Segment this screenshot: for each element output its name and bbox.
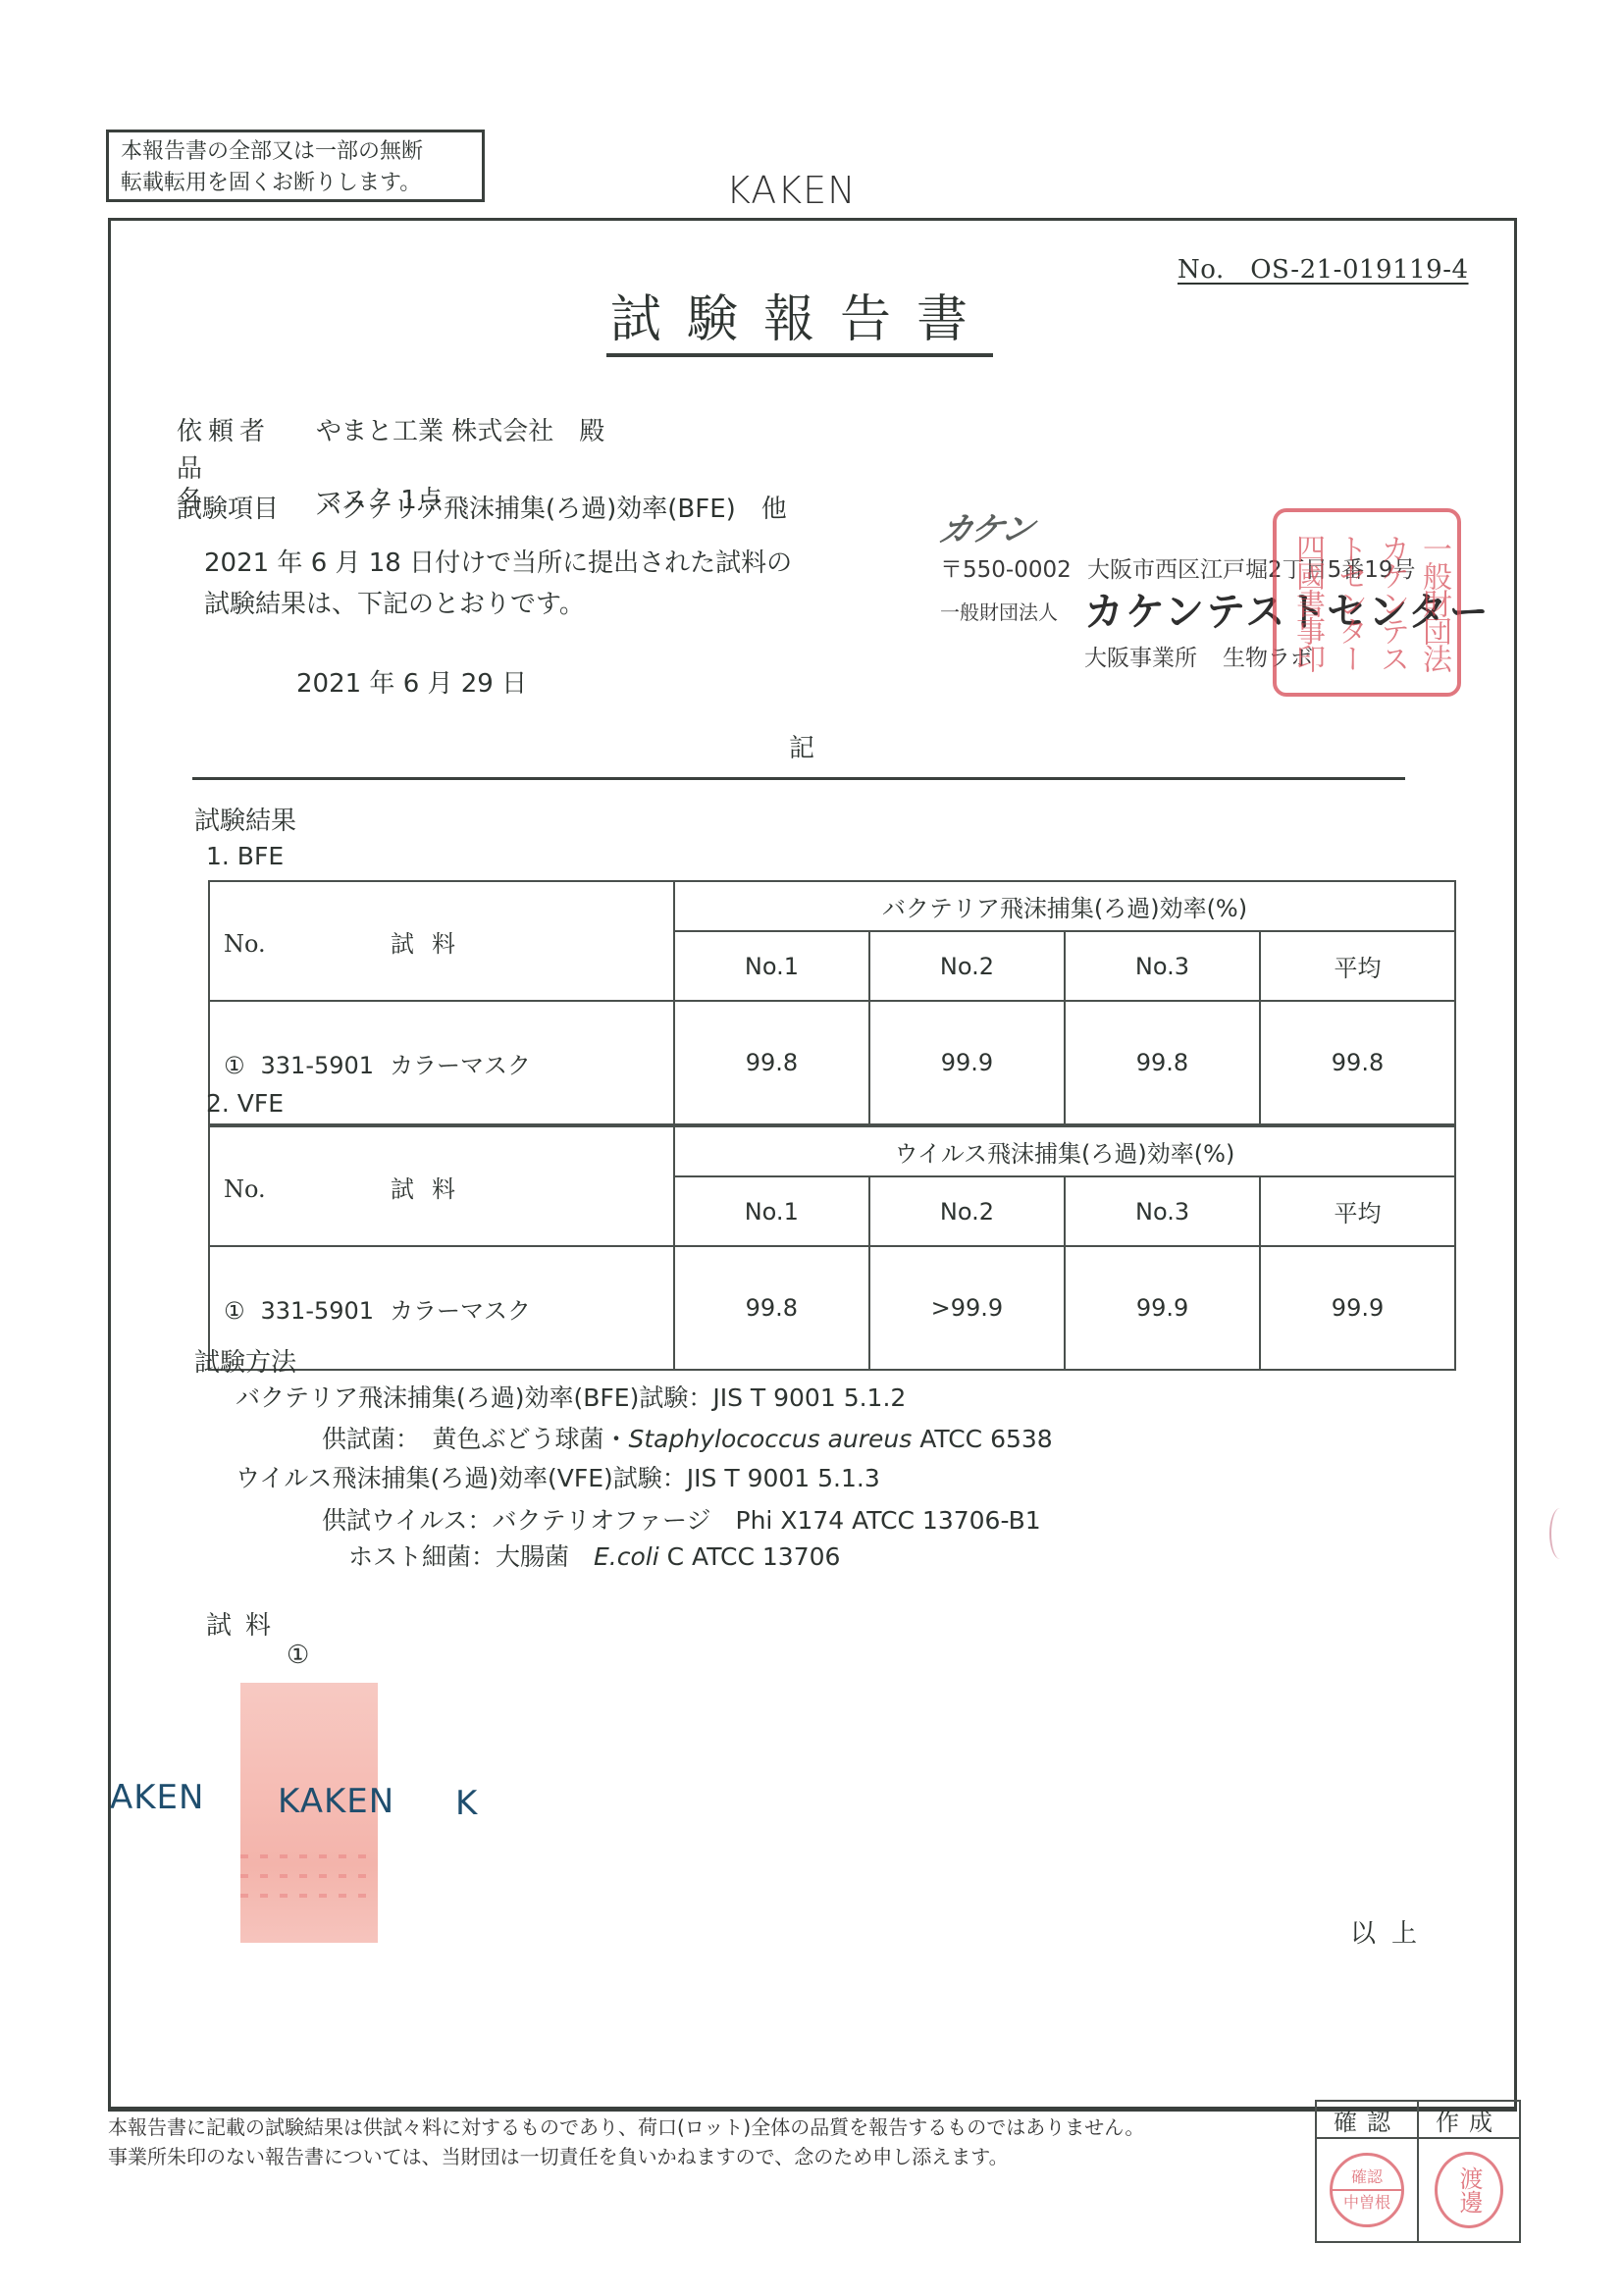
methods-heading: 試験方法: [194, 1342, 296, 1379]
table-row: ①331-5901カラーマスク 99.8 >99.9 99.9 99.9: [209, 1246, 1455, 1370]
value-cell: 99.8: [1260, 1001, 1455, 1124]
disclaimer-line-1: 本報告書の全部又は一部の無断: [121, 136, 470, 168]
lab-branch-office: 大阪事業所: [1084, 646, 1197, 671]
lab-org-type: 一般財団法人: [940, 597, 1058, 625]
seal-column: 四國書事印: [1283, 520, 1325, 685]
value-cell: 99.9: [1260, 1246, 1455, 1370]
col-sample-label: 試料: [391, 930, 473, 958]
checker-seal-name: 中曽根: [1343, 2193, 1390, 2213]
sub-header: 平均: [1260, 931, 1455, 1001]
col-no-label: No.: [224, 930, 391, 958]
value-cell: >99.9: [869, 1246, 1065, 1370]
sub-header: No.1: [674, 1176, 869, 1246]
report-title: 試験報告書: [606, 288, 993, 357]
vfe-test-virus: 供試ウイルス：バクテリオファージ Phi X174 ATCC 13706-B1: [322, 1506, 1041, 1536]
value-cell: 99.8: [1065, 1001, 1260, 1124]
report-number: No. OS-21-019119-4: [1178, 249, 1469, 286]
mask-pleat-dots: [240, 1874, 378, 1878]
client-label: 依頼者: [177, 416, 312, 447]
footer-note-1: 本報告書に記載の試験結果は供試々料に対するものであり、荷口(ロット)全体の品質を…: [108, 2113, 1144, 2142]
lab-logo: カケン: [935, 502, 1038, 550]
vfe-host-species: E.coli: [594, 1542, 659, 1571]
seal-column: トセンター: [1325, 520, 1367, 685]
vfe-group-header: ウイルス飛沫捕集(ろ過)効率(%): [674, 1126, 1455, 1176]
mask-pleat-dots: [240, 1854, 378, 1858]
sample-number: ①: [224, 1052, 245, 1079]
bfe-heading: 1. BFE: [206, 842, 284, 870]
brand-header: KAKEN: [726, 169, 857, 212]
ki-mark: 記: [789, 728, 814, 764]
mask-pleat-dots: [240, 1894, 378, 1898]
checker-header: 確認: [1316, 2101, 1418, 2138]
meta-client: 依頼者やまと工業 株式会社 殿: [177, 416, 604, 447]
issue-date: 2021 年 6 月 29 日: [296, 663, 527, 700]
sub-header: No.2: [869, 931, 1065, 1001]
body-line-2: 試験結果は、下記のとおりです。: [204, 589, 585, 620]
sample-number: ①: [224, 1297, 245, 1325]
bfe-organism-species: Staphylococcus aureus: [629, 1425, 913, 1453]
creator-seal-stamp: 渡邊: [1435, 2152, 1503, 2228]
vfe-test-method: ウイルス飛沫捕集(ろ過)効率(VFE)試験：JIS T 9001 5.1.3: [236, 1464, 880, 1493]
sub-header: 平均: [1260, 1176, 1455, 1246]
photo-brand-text: AKEN: [110, 1778, 204, 1817]
sample-heading: 試料: [206, 1605, 285, 1642]
photo-brand-text: KAKEN: [278, 1782, 394, 1821]
value-cell: 99.8: [674, 1246, 869, 1370]
col-sample-label: 試料: [391, 1175, 473, 1203]
client-value: やまと工業 株式会社 殿: [316, 417, 604, 446]
lab-postal-code: 〒550-0002: [940, 551, 1087, 584]
section-divider: [192, 777, 1405, 780]
disclaimer-line-2: 転載転用を固くお断りします。: [121, 168, 470, 199]
bfe-test-method: バクテリア飛沫捕集(ろ過)効率(BFE)試験：JIS T 9001 5.1.2: [236, 1383, 906, 1413]
sample-code: 331-5901: [261, 1052, 375, 1079]
sample-name: カラーマスク: [390, 1297, 531, 1325]
creator-cell: 渡邊: [1418, 2138, 1520, 2242]
sub-header: No.1: [674, 931, 869, 1001]
checker-cell: 確認 中曽根: [1316, 2138, 1418, 2242]
end-mark: 以上: [1350, 1913, 1433, 1950]
edge-stamp-mark: [1549, 1508, 1571, 1559]
approval-table: 確認 作成 確認 中曽根 渡邊: [1315, 2100, 1521, 2243]
vfe-host-label: ホスト細菌：大腸菌: [348, 1542, 594, 1571]
vfe-host-bacteria: ホスト細菌：大腸菌 E.coli C ATCC 13706: [348, 1542, 840, 1572]
sub-header: No.3: [1065, 1176, 1260, 1246]
footer-notes: 本報告書に記載の試験結果は供試々料に対するものであり、荷口(ロット)全体の品質を…: [108, 2113, 1144, 2171]
creator-seal-name: 渡邊: [1455, 2166, 1483, 2214]
bfe-results-table: No.試料 バクテリア飛沫捕集(ろ過)効率(%) No.1 No.2 No.3 …: [208, 880, 1456, 1125]
vfe-host-strain: C ATCC 13706: [659, 1542, 841, 1571]
value-cell: 99.8: [674, 1001, 869, 1124]
test-items-value: バクテリア飛沫捕集(ろ過)効率(BFE) 他: [316, 495, 787, 524]
vfe-heading: 2. VFE: [206, 1089, 284, 1118]
sample-code: 331-5901: [261, 1297, 375, 1325]
bfe-group-header: バクテリア飛沫捕集(ろ過)効率(%): [674, 881, 1455, 931]
test-items-label: 試験項目: [177, 494, 312, 525]
meta-test-items: 試験項目バクテリア飛沫捕集(ろ過)効率(BFE) 他: [177, 494, 787, 525]
sample-column-header: No.試料: [209, 1126, 674, 1246]
value-cell: 99.9: [1065, 1246, 1260, 1370]
bfe-organism-strain: ATCC 6538: [912, 1425, 1052, 1453]
photo-brand-text: K: [455, 1784, 478, 1823]
seal-column: カケンテス: [1367, 520, 1409, 685]
seal-divider: [1333, 2189, 1401, 2191]
sub-header: No.3: [1065, 931, 1260, 1001]
sample-name: カラーマスク: [390, 1052, 531, 1079]
vfe-results-table: No.試料 ウイルス飛沫捕集(ろ過)効率(%) No.1 No.2 No.3 平…: [208, 1125, 1456, 1371]
reproduction-disclaimer-box: 本報告書の全部又は一部の無断 転載転用を固くお断りします。: [106, 130, 485, 202]
col-no-label: No.: [224, 1175, 391, 1203]
sample-column-header: No.試料: [209, 881, 674, 1001]
sample-photo-number: ①: [287, 1641, 309, 1670]
results-heading: 試験結果: [194, 801, 296, 837]
checker-seal-stamp: 確認 中曽根: [1330, 2153, 1404, 2227]
bfe-test-organism: 供試菌： 黄色ぶどう球菌・Staphylococcus aureus ATCC …: [322, 1425, 1053, 1454]
bfe-organism-label: 供試菌： 黄色ぶどう球菌・: [322, 1425, 629, 1453]
official-seal-stamp: 四國書事印 トセンター カケンテス 一般財団法: [1273, 508, 1461, 697]
creator-header: 作成: [1418, 2101, 1520, 2138]
body-line-1: 2021 年 6 月 18 日付けで当所に提出された試料の: [204, 548, 792, 579]
footer-note-2: 事業所朱印のない報告書については、当財団は一切責任を負いかねますので、念のため申…: [108, 2142, 1144, 2171]
seal-column: 一般財団法: [1409, 520, 1451, 685]
value-cell: 99.9: [869, 1001, 1065, 1124]
sub-header: No.2: [869, 1176, 1065, 1246]
checker-seal-top: 確認: [1351, 2167, 1383, 2187]
table-row: ①331-5901カラーマスク 99.8 99.9 99.8 99.8: [209, 1001, 1455, 1124]
